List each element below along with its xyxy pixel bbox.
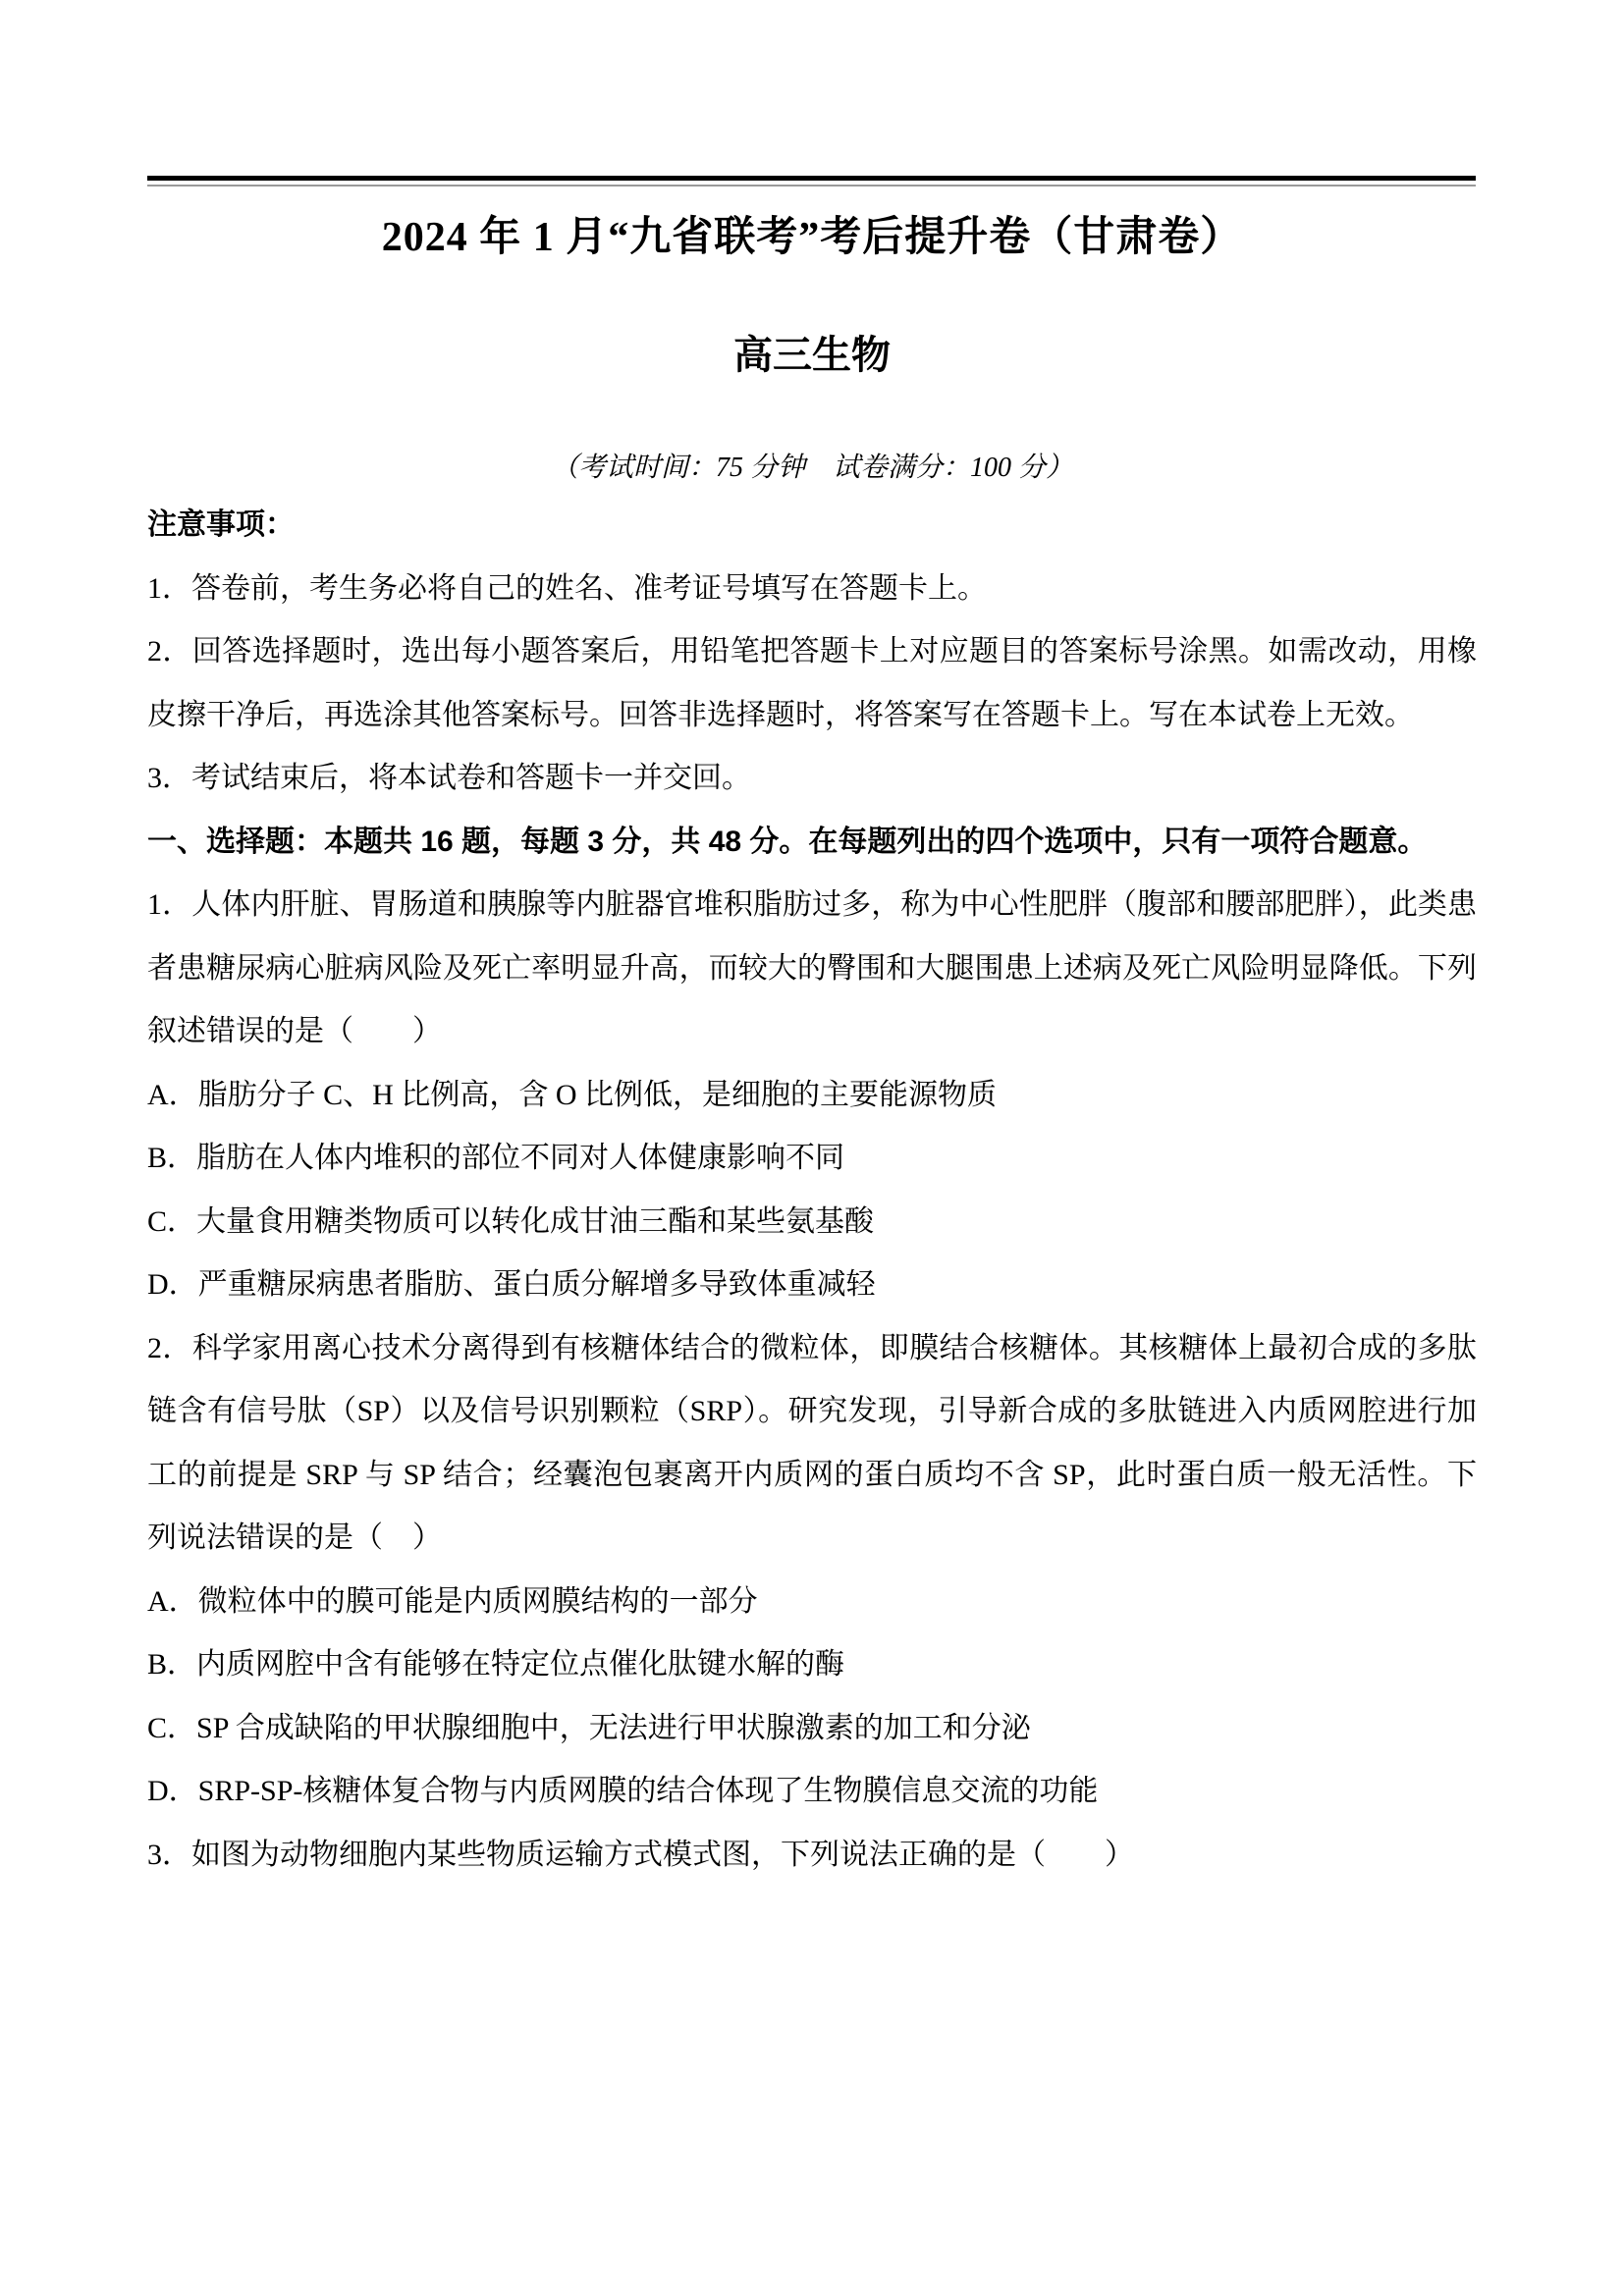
- notice-item-1: 1．答卷前，考生务必将自己的姓名、准考证号填写在答题卡上。: [147, 558, 1477, 621]
- question-1-stem: 1．人体内肝脏、胃肠道和胰腺等内脏器官堆积脂肪过多，称为中心性肥胖（腹部和腰部肥…: [147, 874, 1477, 1064]
- section-1-header: 一、选择题：本题共 16 题，每题 3 分，共 48 分。在每题列出的四个选项中…: [147, 811, 1477, 875]
- notice-heading: 注意事项：: [147, 494, 1477, 558]
- question-2-stem: 2．科学家用离心技术分离得到有核糖体结合的微粒体，即膜结合核糖体。其核糖体上最初…: [147, 1317, 1477, 1571]
- question-2-option-a: A．微粒体中的膜可能是内质网膜结构的一部分: [147, 1571, 1477, 1634]
- exam-body: 注意事项： 1．答卷前，考生务必将自己的姓名、准考证号填写在答题卡上。 2．回答…: [147, 494, 1477, 1887]
- question-1-option-c: C．大量食用糖类物质可以转化成甘油三酯和某些氨基酸: [147, 1191, 1477, 1255]
- exam-title: 2024 年 1 月“九省联考”考后提升卷（甘肃卷）: [0, 206, 1624, 269]
- question-1-option-d: D．严重糖尿病患者脂肪、蛋白质分解增多导致体重减轻: [147, 1254, 1477, 1317]
- question-2-option-c: C．SP 合成缺陷的甲状腺细胞中，无法进行甲状腺激素的加工和分泌: [147, 1697, 1477, 1761]
- exam-subject-title: 高三生物: [0, 324, 1624, 387]
- header-rule-thin: [147, 185, 1476, 187]
- question-2-option-b: B．内质网腔中含有能够在特定位点催化肽键水解的酶: [147, 1633, 1477, 1697]
- header-rule-thick: [147, 176, 1476, 181]
- question-2-option-d: D．SRP-SP-核糖体复合物与内质网膜的结合体现了生物膜信息交流的功能: [147, 1760, 1477, 1824]
- exam-time-score-info: （考试时间：75 分钟 试卷满分：100 分）: [0, 437, 1624, 500]
- question-3-stem: 3．如图为动物细胞内某些物质运输方式模式图，下列说法正确的是（ ）: [147, 1824, 1477, 1888]
- question-1-option-a: A．脂肪分子 C、H 比例高，含 O 比例低，是细胞的主要能源物质: [147, 1064, 1477, 1128]
- exam-paper-page: 2024 年 1 月“九省联考”考后提升卷（甘肃卷） 高三生物 （考试时间：75…: [0, 0, 1624, 2296]
- question-1-option-b: B．脂肪在人体内堆积的部位不同对人体健康影响不同: [147, 1127, 1477, 1191]
- notice-item-2: 2．回答选择题时，选出每小题答案后，用铅笔把答题卡上对应题目的答案标号涂黑。如需…: [147, 620, 1477, 747]
- notice-item-3: 3．考试结束后，将本试卷和答题卡一并交回。: [147, 747, 1477, 811]
